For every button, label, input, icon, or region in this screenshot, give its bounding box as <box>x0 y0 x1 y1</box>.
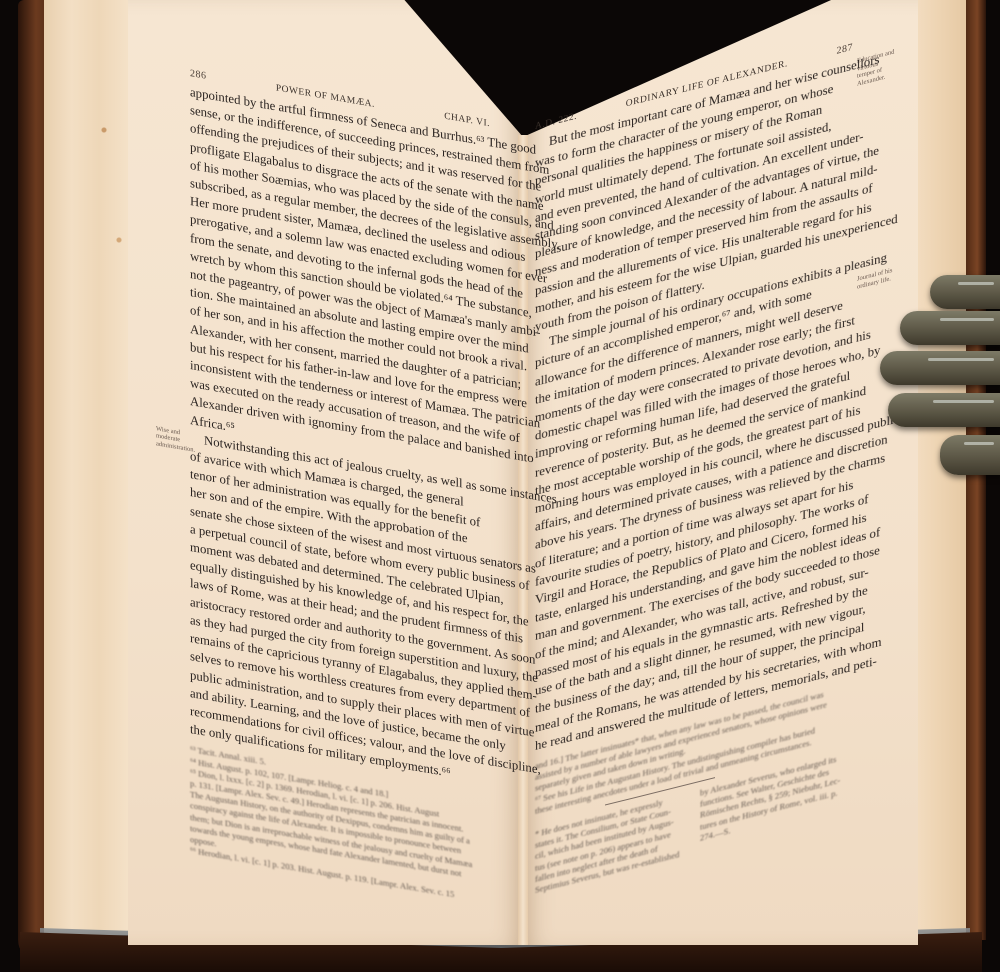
finger-2 <box>900 311 1000 345</box>
photo-scene: 286 POWER OF MAMÆA. CHAP. VI. appointed … <box>0 0 1000 972</box>
right-body-wrapper: Education and virtuous temper of Alexand… <box>535 57 853 755</box>
right-page-text: A.D. 222. ORDINARY LIFE OF ALEXANDER. 28… <box>535 76 853 896</box>
page-number-left: 286 <box>190 68 207 82</box>
page-stack-left <box>44 0 137 935</box>
right-body-paragraph-2: The simple journal of his ordinary occup… <box>535 257 853 755</box>
finger-3 <box>880 351 1000 385</box>
finger-4 <box>888 393 1000 427</box>
left-page-text: 286 POWER OF MAMÆA. CHAP. VI. appointed … <box>190 68 490 907</box>
left-body-paragraph-2: Wise and moderate administration. Notwit… <box>190 429 490 789</box>
finger-1 <box>930 275 1000 309</box>
thumb <box>940 435 1000 475</box>
gloved-hand <box>875 275 1000 485</box>
foxing-spots <box>44 0 136 935</box>
left-body-paragraph-1: appointed by the artful firmness of Sene… <box>190 83 490 479</box>
